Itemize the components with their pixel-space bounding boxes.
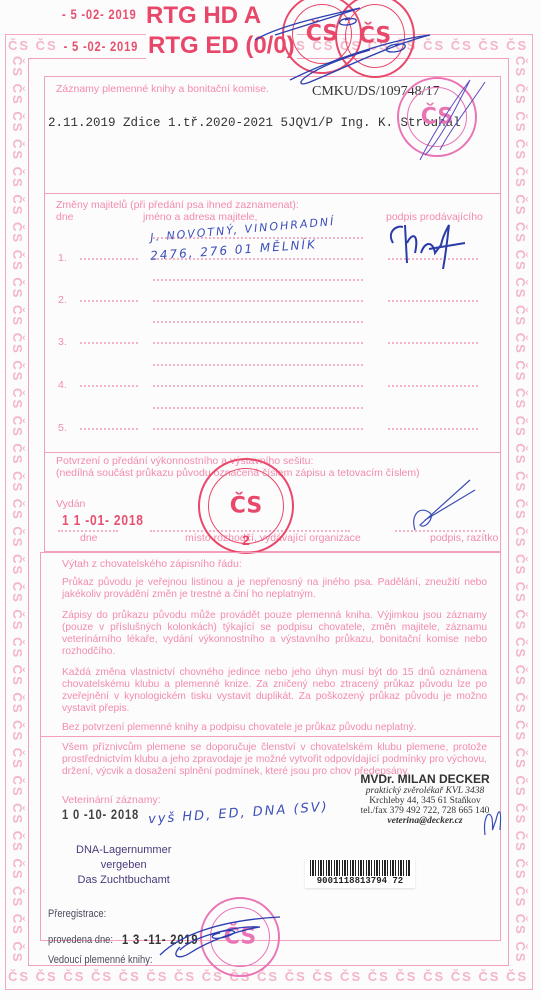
vet-email: veterina@decker.cz — [350, 816, 500, 826]
issued-date: 1 1 -01- 2018 — [62, 512, 144, 529]
dna-line1: DNA-Lagernummer — [76, 843, 171, 858]
vet-signature — [480, 800, 505, 840]
head-signature — [150, 905, 290, 965]
stamp-date-ed: - 5 -02- 2019 — [62, 38, 140, 54]
rules-paragraph-3: Každá změna vlastnictví chovného jedince… — [62, 667, 487, 715]
owner-row-date-field[interactable] — [80, 300, 138, 302]
owner-changes-col-name: jméno a adresa majitele, — [143, 211, 257, 223]
ornament-strip-left: ČS ČS ČS ČS ČS ČS ČS ČS ČS ČS ČS ČS ČS Č… — [8, 56, 26, 968]
issued-col-date: dne — [80, 532, 98, 544]
owner-row-signature-field[interactable] — [388, 300, 478, 302]
rules-title: Výtah z chovatelského zápisního řádu: — [62, 558, 242, 570]
stud-book-seal-number: 2 — [242, 532, 250, 548]
dna-line2: vergeben — [76, 858, 171, 873]
owner-row-number: 5. — [58, 422, 67, 434]
rules-paragraph-1: Průkaz původu je veřejnou listinou a je … — [62, 577, 487, 601]
rules-paragraph-2: Zápisy do průkazu původu může provádět p… — [62, 610, 487, 658]
vet-name: MVDr. MILAN DECKER — [350, 772, 500, 786]
owner-row-number: 4. — [58, 379, 67, 391]
stud-book-seal: ČS 2 — [198, 458, 294, 554]
owner-row-name-field[interactable] — [153, 428, 363, 430]
issued-label: Vydán — [56, 498, 85, 510]
performance-book-title-1: Potvrzení o předání výkonnostního a výst… — [56, 455, 313, 467]
owner-row-date-field[interactable] — [80, 428, 138, 430]
owner-row-name-field[interactable] — [153, 342, 363, 344]
header-signatures — [250, 0, 490, 170]
dna-stamp: DNA-Lagernummer vergeben Das Zuchtbucham… — [76, 843, 171, 888]
owner-row-number: 3. — [58, 336, 67, 348]
owner-row-name-field-2[interactable] — [153, 364, 363, 366]
ornament-strip-bottom: ČS ČS ČS ČS ČS ČS ČS ČS ČS ČS ČS ČS ČS Č… — [8, 968, 530, 986]
reregistration-done-label: provedena dne: — [48, 934, 113, 946]
stamp-result-hd: RTG HD A — [146, 2, 261, 30]
dna-line3: Das Zuchtbuchamt — [76, 873, 171, 888]
seller-signature-1 — [385, 213, 475, 273]
vet-phone: tel./fax 379 492 722, 728 665 140 — [350, 806, 500, 816]
vet-record-date: 1 0 -10- 2018 — [62, 806, 139, 822]
barcode-bars — [310, 860, 410, 876]
owner-row-name-field-2[interactable] — [153, 321, 363, 323]
stud-book-seal-logo: ČS — [230, 494, 262, 519]
vet-stamp: MVDr. MILAN DECKER praktický zvěrolékař … — [350, 772, 500, 826]
vet-address: Krchleby 44, 345 61 Staňkov — [350, 796, 500, 806]
owner-row-number: 2. — [58, 294, 67, 306]
owner-row-date-field[interactable] — [80, 342, 138, 344]
owner-changes-title: Změny majitelů (při předání psa ihned za… — [56, 199, 299, 211]
stamp-date-hd: - 5 -02- 2019 — [62, 6, 137, 22]
owner-row-name-field-2[interactable] — [153, 279, 363, 281]
owner-row-date-field[interactable] — [80, 258, 138, 260]
owner-row-signature-field[interactable] — [388, 342, 478, 344]
ornament-strip-right: ČS ČS ČS ČS ČS ČS ČS ČS ČS ČS ČS ČS ČS Č… — [511, 56, 529, 968]
barcode-number: 9001118813794 72 — [310, 876, 410, 886]
owner-changes-col-date: dne — [56, 211, 74, 223]
vet-title: praktický zvěrolékař KVL 3438 — [350, 786, 500, 796]
owner-row-date-field[interactable] — [80, 385, 138, 387]
barcode-label: 9001118813794 72 — [305, 858, 415, 888]
breeding-records-title: Záznamy plemenné knihy a bonitační komis… — [56, 83, 269, 95]
owner-row-signature-field[interactable] — [388, 428, 478, 430]
owner-row-number: 1. — [58, 252, 67, 264]
issuer-signature — [405, 475, 480, 535]
owner-row-name-field[interactable] — [153, 385, 363, 387]
reregistration-label: Přeregistrace: — [48, 908, 106, 920]
stud-book-head-label: Vedoucí plemenné knihy: — [48, 954, 152, 966]
owner-row-name-field[interactable] — [153, 300, 363, 302]
owner-row-signature-field[interactable] — [388, 385, 478, 387]
vet-records-label: Veterinární záznamy: — [62, 794, 161, 806]
rules-paragraph-4: Bez potvrzení plemenné knihy a podpisu c… — [62, 722, 487, 734]
owner-row-name-field-2[interactable] — [153, 407, 363, 409]
